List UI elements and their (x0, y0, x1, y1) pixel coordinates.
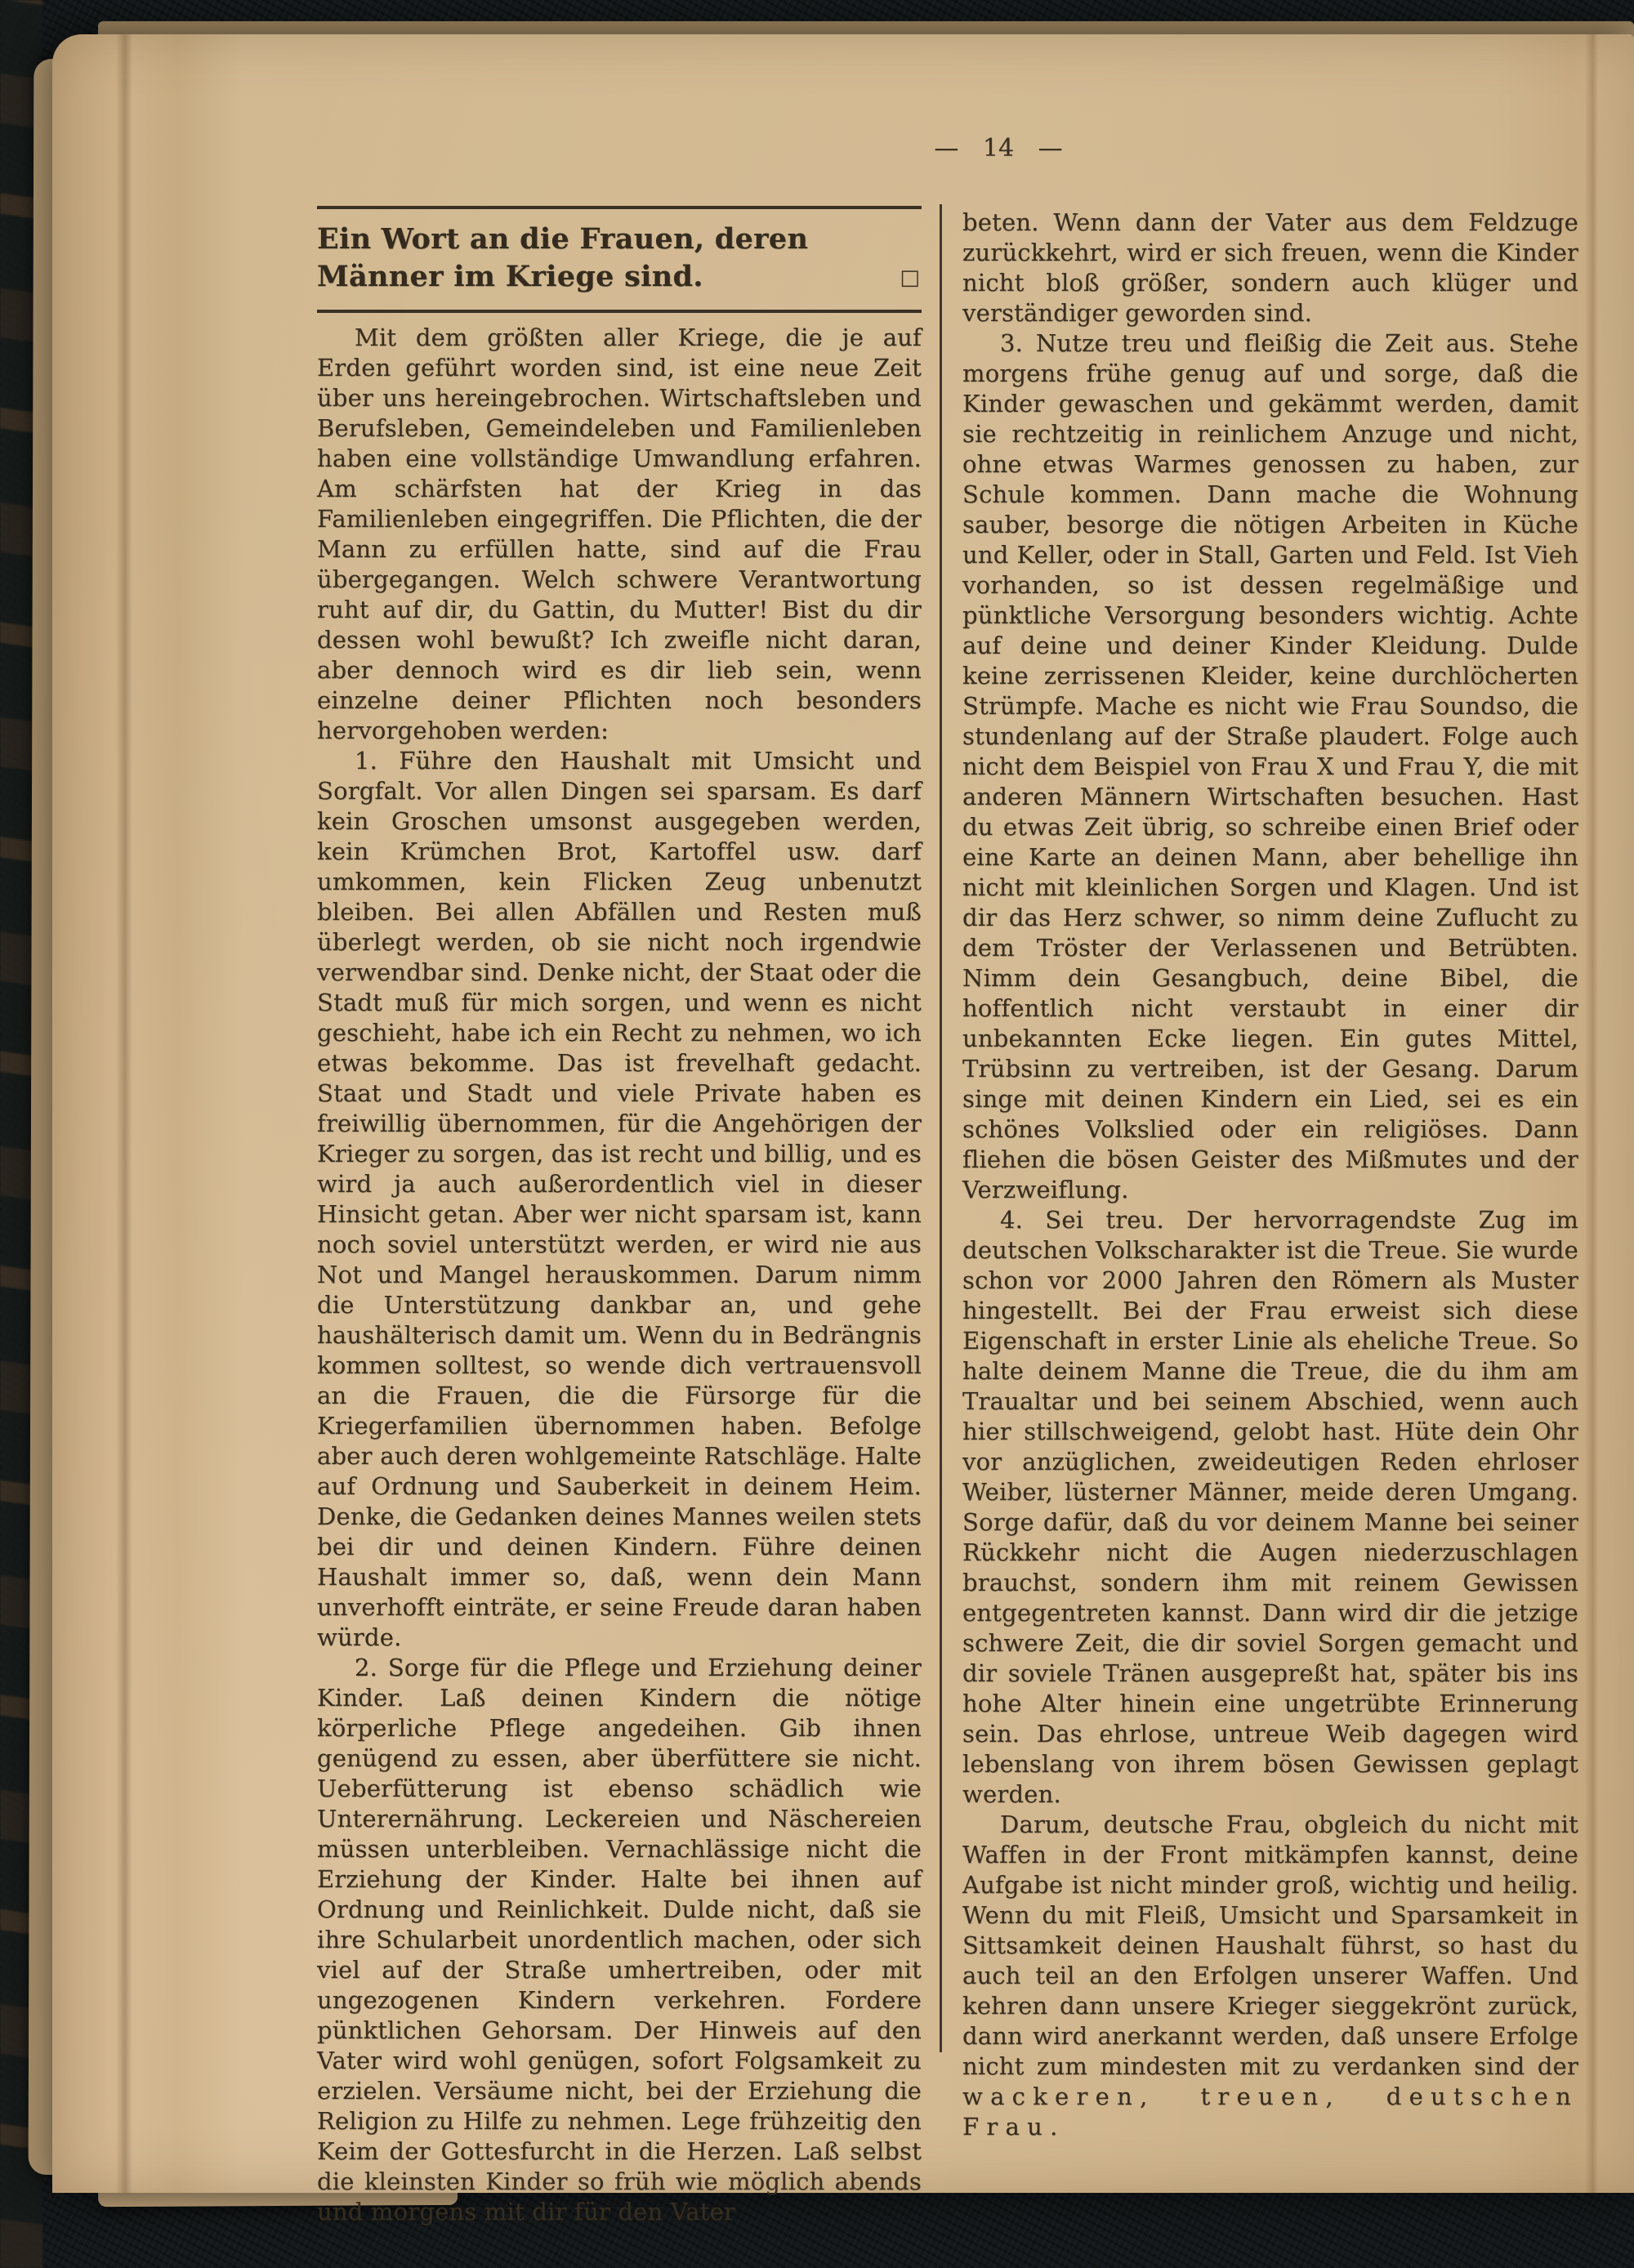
page-number: — 14 — (851, 134, 1145, 163)
paragraph-item-4: 4. Sei treu. Der hervorragendste Zug im … (962, 1205, 1578, 1810)
paragraph-item-2: 2. Sorge für die Pflege und Erziehung de… (317, 1653, 922, 2227)
paragraph-closing: Darum, deutsche Frau, obgleich du nicht … (962, 1810, 1578, 2142)
paragraph-intro: Mit dem größten aller Kriege, die je auf… (317, 323, 922, 746)
page-crease-right (1585, 34, 1598, 2193)
book-binding: — 14 — Ein Wort an die Frauen, deren Män… (0, 0, 1634, 2268)
left-column: Ein Wort an die Frauen, deren Männer im … (317, 206, 922, 2227)
paragraph-item-1: 1. Führe den Haushalt mit Umsicht und So… (317, 746, 922, 1653)
right-column: beten. Wenn dann der Vater aus dem Feldz… (962, 208, 1578, 2142)
paragraph-item-3: 3. Nutze treu und fleißig die Zeit aus. … (962, 328, 1578, 1205)
square-ornament-icon: □ (900, 267, 920, 288)
paragraph-item-2-continued: beten. Wenn dann der Vater aus dem Feldz… (962, 208, 1578, 328)
closing-text: Darum, deutsche Frau, obgleich du nicht … (962, 1810, 1578, 2080)
closing-emphasis: wackeren, treuen, deutschen Frau. (962, 2083, 1578, 2141)
article-header: Ein Wort an die Frauen, deren Männer im … (317, 206, 922, 313)
article-title: Ein Wort an die Frauen, deren Männer im … (317, 221, 922, 295)
page-crease-left (116, 34, 132, 2193)
column-divider (940, 204, 942, 2052)
book-page: — 14 — Ein Wort an die Frauen, deren Män… (52, 34, 1634, 2193)
